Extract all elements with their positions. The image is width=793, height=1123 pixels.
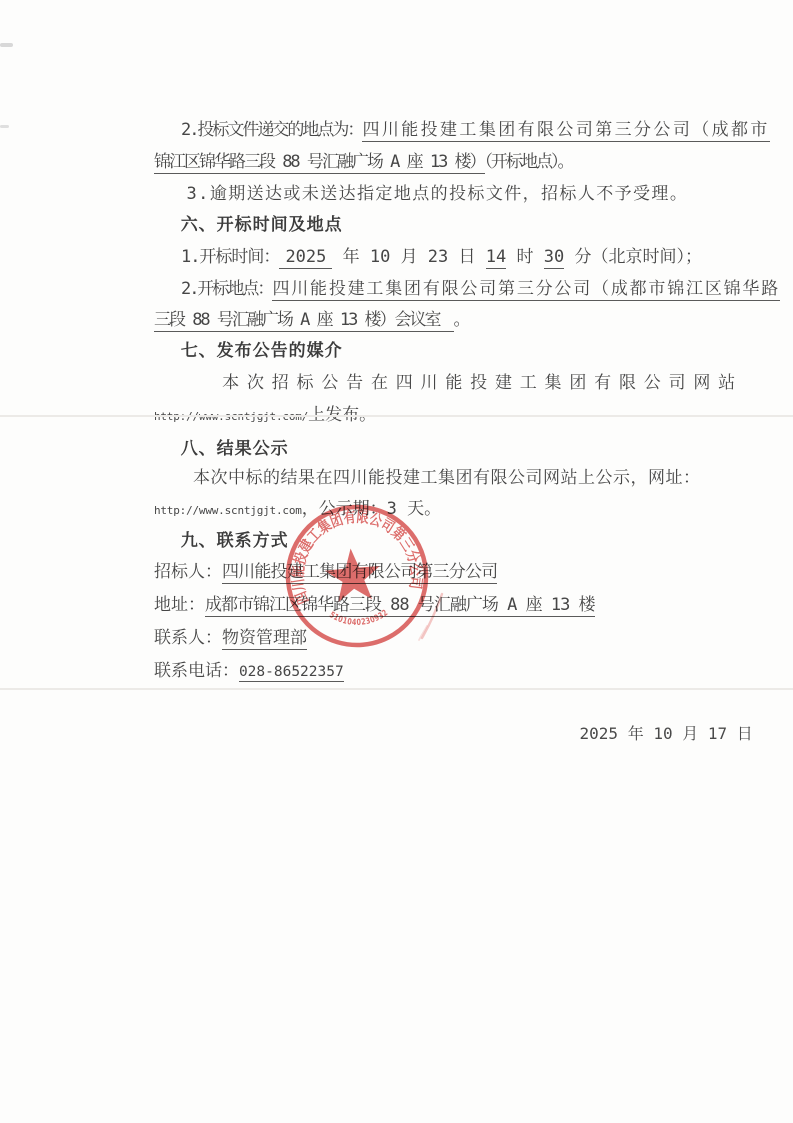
- svg-text:四川能投建工集团有限公司第三分公司: 四川能投建工集团有限公司第三分公司: [283, 502, 427, 607]
- scanned-document-page: 2.投标文件递交的地点为：四川能投建工集团有限公司第三分公司（成都市 锦江区锦华…: [0, 0, 793, 1123]
- seal-star-icon: [323, 546, 383, 603]
- ink-smudge-stroke: [422, 594, 442, 638]
- phone-label: 联系电话：: [154, 661, 239, 681]
- document-date-text: 2025 年 10 月 17 日: [580, 724, 753, 743]
- seal-number-text: 5101040230932: [327, 605, 392, 631]
- ink-smudge: [416, 590, 450, 642]
- scan-artifact: [0, 125, 9, 128]
- scan-fold-line: [0, 415, 793, 417]
- scan-artifact: [0, 43, 13, 47]
- document-date: 2025 年 10 月 17 日: [541, 702, 753, 763]
- scan-fold-line: [0, 688, 793, 690]
- seal-company-text: 四川能投建工集团有限公司第三分公司: [283, 502, 427, 607]
- svg-text:5101040230932: 5101040230932: [327, 605, 392, 631]
- open-location-suffix: 。: [454, 310, 471, 330]
